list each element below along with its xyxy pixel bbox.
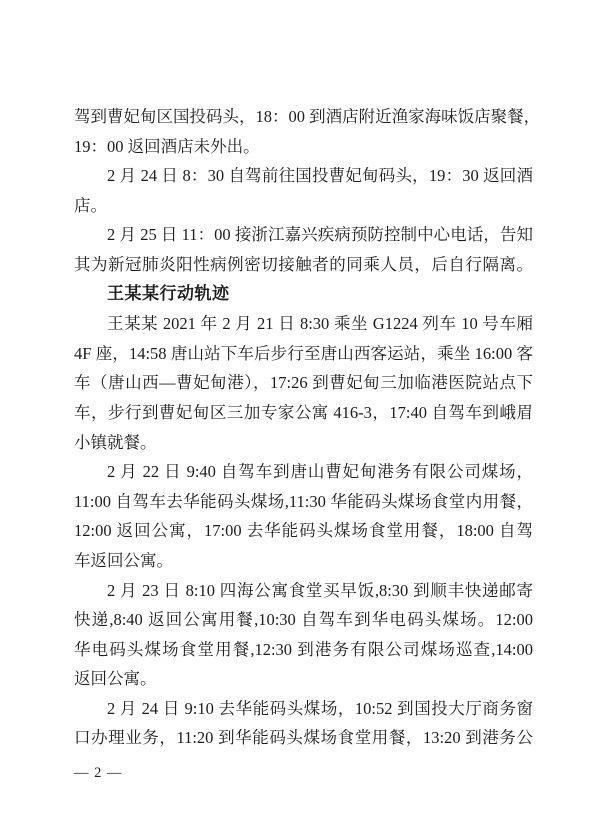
doc-line: 2 月 24 日 9:10 去华能码头煤场，10:52 到国投大厅商务窗 xyxy=(74,694,533,724)
document-page: 驾到曹妃甸区国投码头，18：00 到酒店附近渔家海味饭店聚餐， 19：00 返回… xyxy=(0,0,602,836)
doc-line: 2 月 25 日 11：00 接浙江嘉兴疾病预防控制中心电话，告知 xyxy=(74,220,533,250)
doc-line: 2 月 24 日 8：30 自驾前往国投曹妃甸码头，19：30 返回酒 xyxy=(74,161,533,191)
doc-line: 2 月 23 日 8:10 四海公寓食堂买早饭,8:30 到顺丰快递邮寄 xyxy=(74,576,533,606)
doc-line: 小镇就餐。 xyxy=(74,428,533,458)
doc-line: 王某某 2021 年 2 月 21 日 8:30 乘坐 G1224 列车 10 … xyxy=(74,309,533,339)
page-number: — 2 — xyxy=(74,764,123,782)
doc-line: 19：00 返回酒店未外出。 xyxy=(74,132,533,162)
doc-line: 11:00 自驾车去华能码头煤场,11:30 华能码头煤场食堂内用餐， xyxy=(74,487,533,517)
section-heading: 王某某行动轨迹 xyxy=(74,280,533,310)
doc-line: 车返回公寓。 xyxy=(74,546,533,576)
doc-line: 华电码头煤场食堂用餐,12:30 到港务有限公司煤场巡查,14:00 xyxy=(74,635,533,665)
doc-line: 返回公寓。 xyxy=(74,664,533,694)
document-text-block: 驾到曹妃甸区国投码头，18：00 到酒店附近渔家海味饭店聚餐， 19：00 返回… xyxy=(74,102,533,753)
doc-line: 其为新冠肺炎阳性病例密切接触者的同乘人员，后自行隔离。 xyxy=(74,250,533,280)
doc-line: 4F 座，14:58 唐山站下车后步行至唐山西客运站，乘坐 16:00 客 xyxy=(74,339,533,369)
doc-line: 口办理业务，11:20 到华能码头煤场食堂用餐，13:20 到港务公 xyxy=(74,723,533,753)
doc-line: 12:00 返回公寓，17:00 去华能码头煤场食堂用餐，18:00 自驾 xyxy=(74,516,533,546)
doc-line: 2 月 22 日 9:40 自驾车到唐山曹妃甸港务有限公司煤场， xyxy=(74,457,533,487)
doc-line: 车（唐山西—曹妃甸港），17:26 到曹妃甸三加临港医院站点下 xyxy=(74,368,533,398)
doc-line: 车，步行到曹妃甸区三加专家公寓 416-3，17:40 自驾车到峨眉 xyxy=(74,398,533,428)
doc-line: 驾到曹妃甸区国投码头，18：00 到酒店附近渔家海味饭店聚餐， xyxy=(74,102,533,132)
doc-line: 店。 xyxy=(74,191,533,221)
doc-line: 快递,8:40 返回公寓用餐,10:30 自驾车到华电码头煤场。12:00 xyxy=(74,605,533,635)
